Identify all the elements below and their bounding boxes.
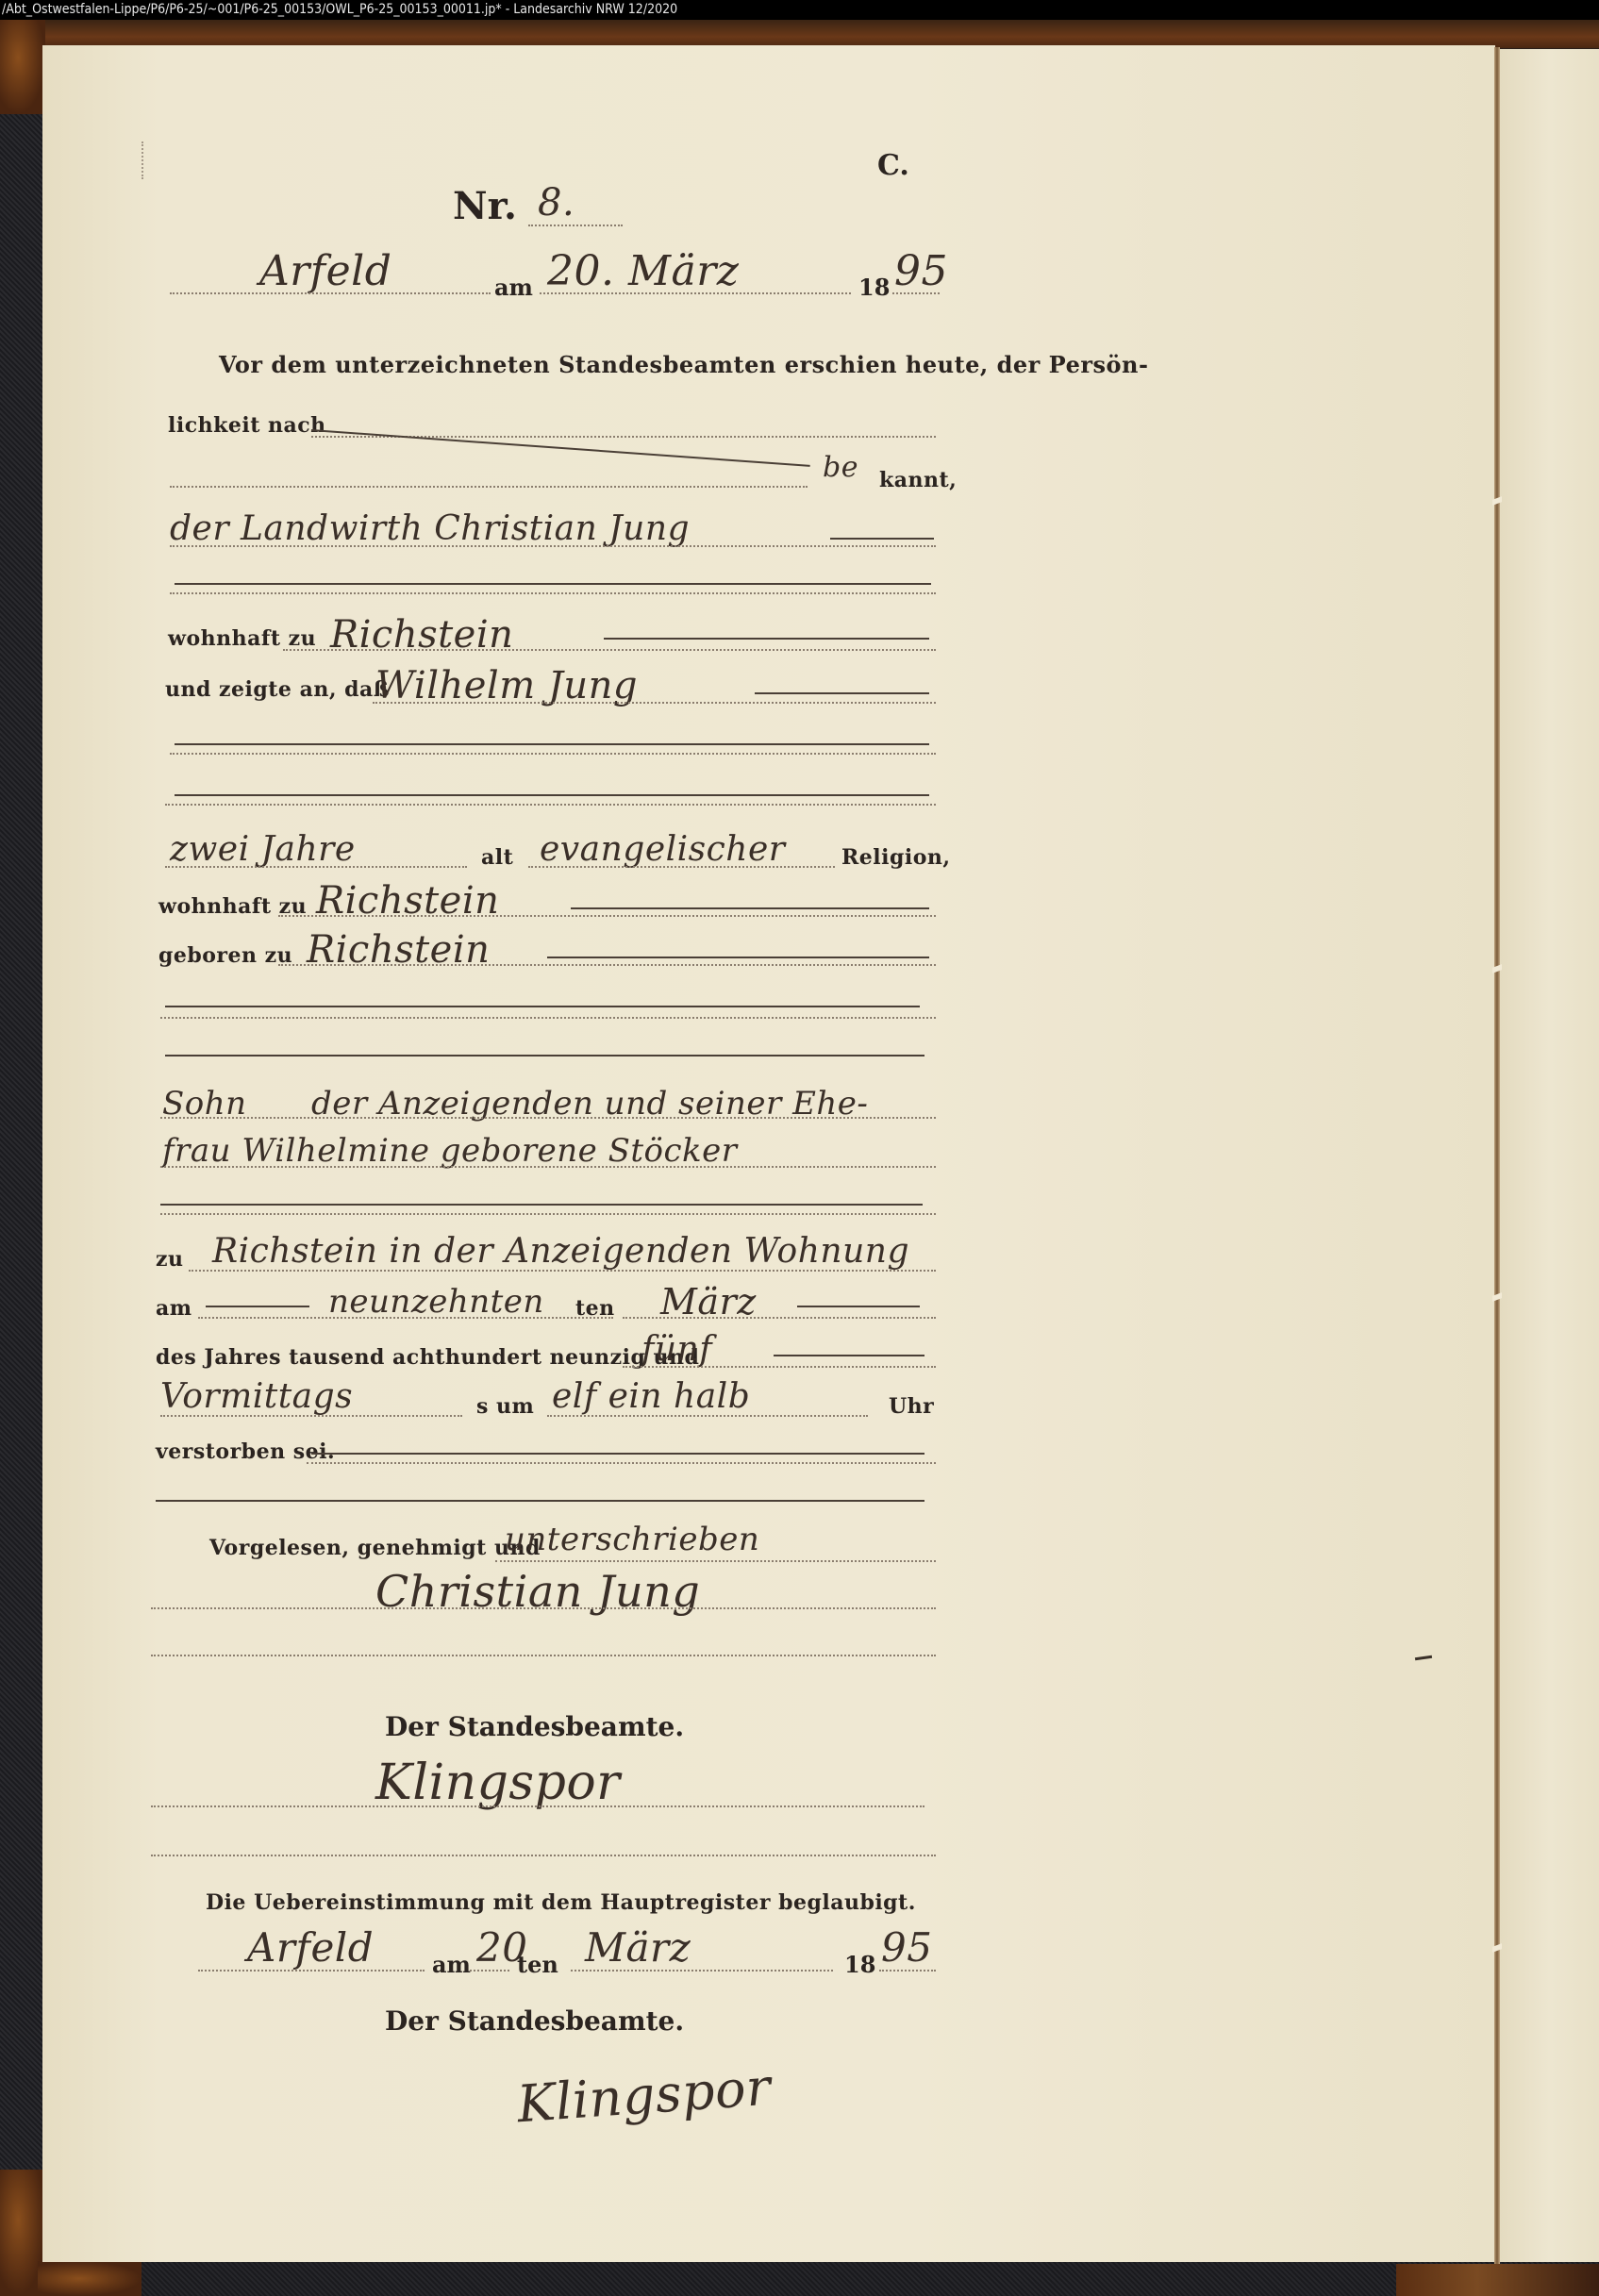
dotted-line bbox=[160, 1117, 936, 1119]
dotted-line bbox=[160, 1166, 936, 1168]
cert-year-prefix: 18 bbox=[844, 1951, 875, 1978]
residence-label: wohnhaft zu bbox=[168, 626, 316, 651]
fill-line bbox=[175, 583, 931, 585]
death-place-value: Richstein in der Anzeigenden Wohnung bbox=[212, 1232, 909, 1271]
dotted-line bbox=[151, 1607, 936, 1609]
read-approved-text: Vorgelesen, genehmigt und bbox=[209, 1536, 541, 1560]
dotted-line bbox=[151, 1655, 936, 1656]
book-cover-top-edge bbox=[38, 20, 1599, 48]
death-day-suffix: ten bbox=[575, 1296, 615, 1321]
time-of-day-value: Vormittags bbox=[160, 1377, 353, 1416]
identity-label: lichkeit nach bbox=[168, 413, 326, 438]
fill-line bbox=[165, 1006, 920, 1007]
fill-dash bbox=[797, 1306, 920, 1307]
dotted-line bbox=[528, 866, 835, 868]
cert-registrar-heading: Der Standesbeamte. bbox=[385, 2005, 684, 2037]
dotted-line bbox=[198, 1970, 425, 1972]
year-value: fünf bbox=[641, 1330, 712, 1369]
time-unit-label: Uhr bbox=[889, 1394, 934, 1419]
dotted-line bbox=[160, 1017, 936, 1019]
dotted-line bbox=[278, 964, 936, 966]
cert-place: Arfeld bbox=[247, 1924, 374, 1971]
fill-line bbox=[156, 1500, 924, 1502]
dotted-line bbox=[170, 753, 936, 755]
file-path-title: /Abt_Ostwestfalen-Lippe/P6/P6-25/~001/P6… bbox=[2, 2, 677, 17]
identity-suffix-print: kannt, bbox=[879, 468, 957, 492]
date-value: 20. März bbox=[547, 247, 739, 295]
birthplace-label: geboren zu bbox=[158, 943, 292, 968]
dotted-line bbox=[170, 486, 808, 488]
registrar-signature: Klingspor bbox=[375, 1755, 621, 1811]
age-label: alt bbox=[481, 845, 513, 870]
dotted-line bbox=[189, 1270, 936, 1272]
fill-line bbox=[175, 743, 929, 745]
dotted-line bbox=[571, 1970, 833, 1972]
intro-text: Vor dem unterzeichneten Standesbeamten e… bbox=[219, 351, 1148, 378]
dotted-line bbox=[495, 1560, 936, 1562]
dotted-line bbox=[540, 292, 851, 294]
dotted-line bbox=[151, 1805, 924, 1807]
section-letter: C. bbox=[877, 149, 909, 182]
date-am-label: am bbox=[494, 274, 533, 301]
age-value: zwei Jahre bbox=[170, 830, 356, 869]
dotted-line bbox=[160, 1213, 936, 1215]
parents-line-2: frau Wilhelmine geborene Stöcker bbox=[162, 1132, 738, 1170]
record-number-label: Nr. bbox=[453, 184, 517, 228]
book-cover-corner-bottom-left-leather bbox=[38, 2261, 142, 2296]
dotted-line bbox=[623, 1317, 936, 1319]
dotted-line bbox=[151, 1855, 936, 1856]
page-gutter bbox=[1494, 47, 1500, 2264]
fill-line bbox=[165, 1055, 924, 1056]
time-hour-value: elf ein halb bbox=[552, 1377, 750, 1416]
cert-day-suffix: ten bbox=[517, 1951, 558, 1978]
fill-dash bbox=[604, 638, 929, 640]
year-suffix: 95 bbox=[894, 247, 948, 295]
religion-value: evangelischer bbox=[540, 830, 786, 869]
dotted-line bbox=[470, 1970, 509, 1972]
dotted-line bbox=[170, 545, 936, 547]
dotted-line bbox=[547, 1415, 868, 1417]
dotted-line bbox=[623, 1366, 936, 1368]
religion-label: Religion, bbox=[841, 845, 951, 870]
dotted-line bbox=[373, 702, 936, 704]
certification-text: Die Uebereinstimmung mit dem Hauptregist… bbox=[206, 1890, 916, 1915]
dotted-line bbox=[198, 1317, 613, 1319]
fill-dash bbox=[571, 907, 929, 909]
fill-dash bbox=[755, 692, 929, 694]
dotted-line bbox=[165, 804, 936, 806]
dotted-line bbox=[892, 292, 940, 294]
cert-am-label: am bbox=[432, 1951, 471, 1978]
year-prefix: 18 bbox=[858, 274, 890, 301]
death-day-label: am bbox=[156, 1296, 192, 1321]
dotted-line bbox=[170, 292, 491, 294]
fill-dash bbox=[774, 1355, 924, 1356]
fill-line bbox=[160, 1204, 923, 1206]
death-day-value: neunzehnten bbox=[328, 1283, 544, 1321]
margin-tick-marks bbox=[142, 141, 145, 179]
book-cover-bottom-spine bbox=[1396, 2264, 1599, 2296]
dotted-line bbox=[879, 1970, 936, 1972]
window-title-bar: /Abt_Ostwestfalen-Lippe/P6/P6-25/~001/P6… bbox=[0, 0, 1599, 20]
identity-suffix-hand: be bbox=[823, 451, 858, 484]
document-page-right-edge bbox=[1500, 49, 1599, 2262]
died-text: verstorben sei. bbox=[156, 1439, 335, 1464]
dotted-line bbox=[278, 915, 936, 917]
book-cover-corner-top-left bbox=[0, 20, 45, 114]
dotted-line bbox=[307, 1462, 936, 1464]
fill-line bbox=[175, 794, 929, 796]
fill-line bbox=[311, 1453, 924, 1455]
fill-dash bbox=[206, 1306, 309, 1307]
fill-dash bbox=[547, 957, 929, 958]
announce-label: und zeigte an, daß bbox=[165, 677, 390, 702]
read-approved-value: unterschrieben bbox=[505, 1521, 759, 1558]
dotted-line bbox=[528, 225, 623, 226]
book-cover-left-edge bbox=[0, 20, 45, 2296]
dotted-line bbox=[165, 866, 467, 868]
registrar-heading: Der Standesbeamte. bbox=[385, 1711, 684, 1742]
place-value: Arfeld bbox=[259, 247, 391, 295]
cert-year-suffix: 95 bbox=[881, 1924, 932, 1971]
fill-dash bbox=[830, 538, 934, 540]
year-text: des Jahres tausend achthundert neunzig u… bbox=[156, 1345, 699, 1370]
book-cover-bottom-edge bbox=[38, 2261, 1599, 2296]
record-number-value: 8. bbox=[538, 181, 575, 225]
dotted-line bbox=[160, 1415, 462, 1417]
dotted-line bbox=[283, 649, 936, 651]
declarant-name: der Landwirth Christian Jung bbox=[170, 509, 690, 548]
dotted-line bbox=[170, 592, 936, 594]
time-mid-label: s um bbox=[476, 1394, 534, 1419]
death-place-label: zu bbox=[156, 1247, 184, 1272]
cert-month: März bbox=[585, 1924, 691, 1971]
